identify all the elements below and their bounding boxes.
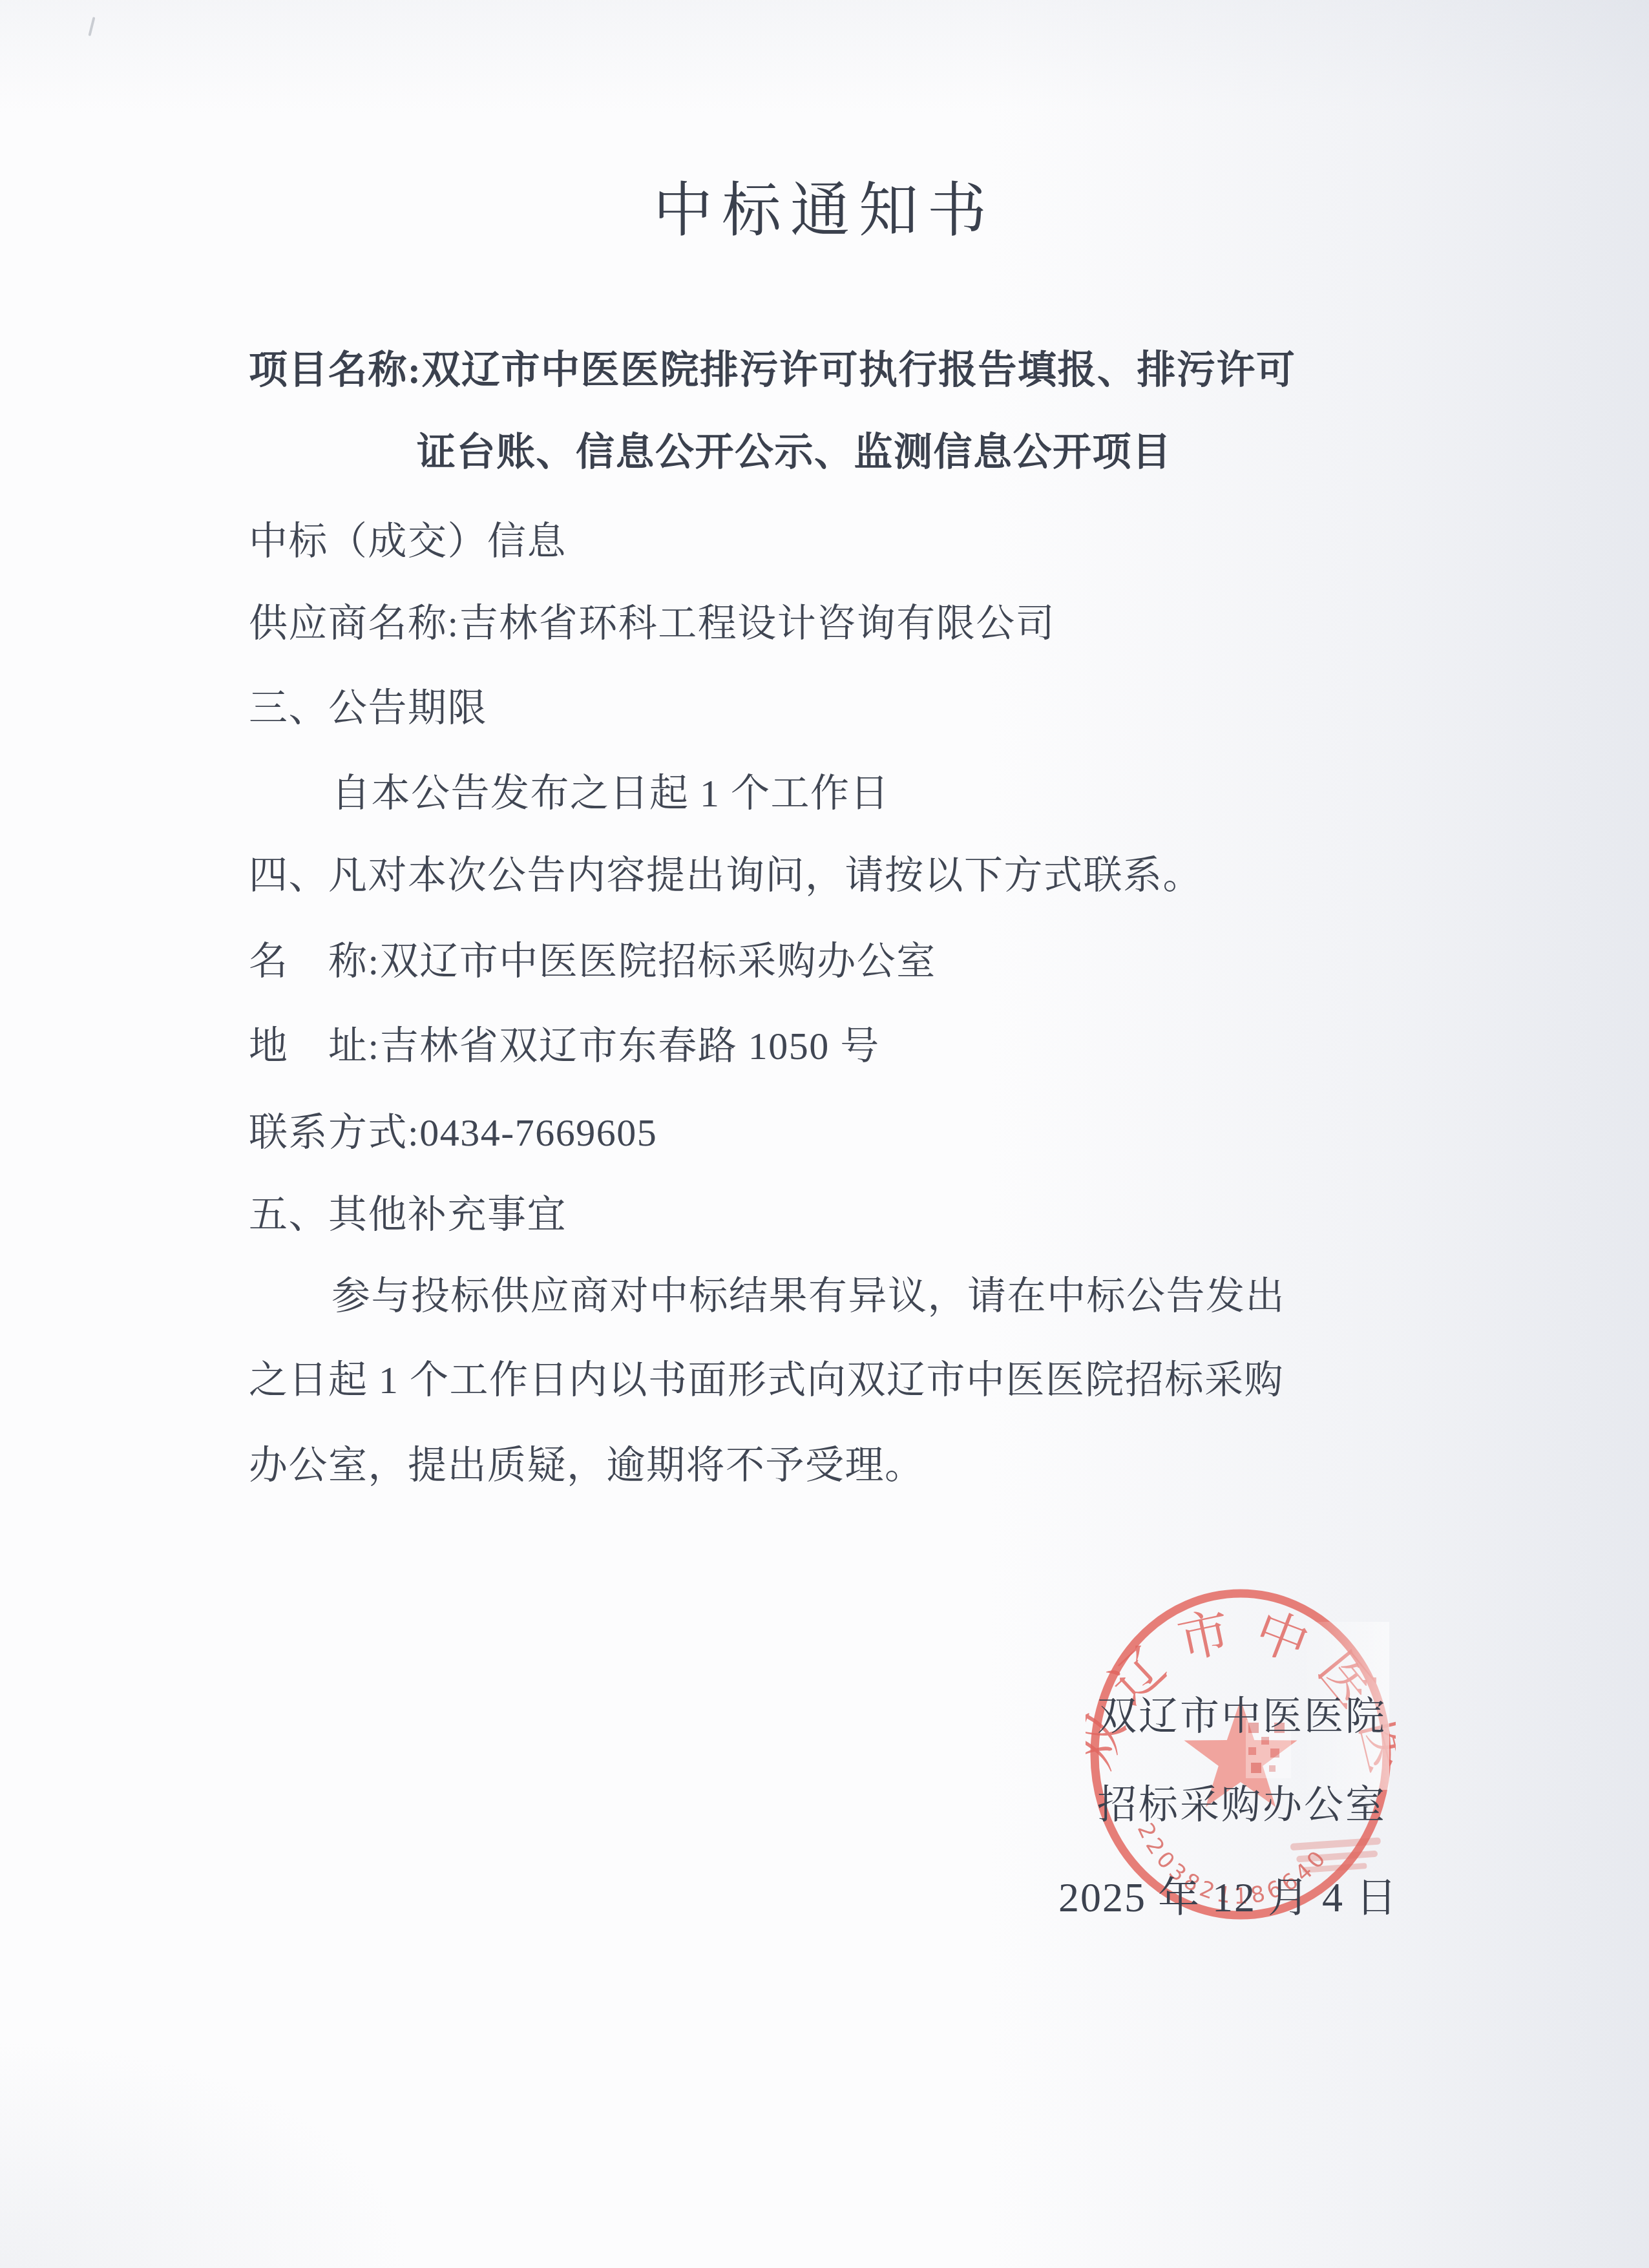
line-section-4-heading: 四、凡对本次公告内容提出询问，请按以下方式联系。 bbox=[249, 845, 1203, 900]
line-contact-phone: 联系方式:0434-7669605 bbox=[249, 1102, 657, 1157]
line-announcement-period: 自本公告发布之日起 1 个工作日 bbox=[331, 762, 890, 818]
line-award-info-heading: 中标（成交）信息 bbox=[249, 510, 567, 566]
signature-org-line2: 招标采购办公室 bbox=[1097, 1774, 1387, 1830]
line-supplier-name: 供应商名称:吉林省环科工程设计咨询有限公司 bbox=[249, 593, 1055, 648]
line-objection-2: 之日起 1 个工作日内以书面形式向双辽市中医医院招标采购 bbox=[249, 1349, 1284, 1405]
line-objection-3: 办公室，提出质疑，逾期将不予受理。 bbox=[249, 1434, 925, 1490]
signature-org-line1: 双辽市中医医院 bbox=[1097, 1685, 1387, 1741]
signature-date: 2025 年 12 月 4 日 bbox=[1058, 1864, 1398, 1924]
scanned-document-page: 中标通知书 项目名称:双辽市中医医院排污许可执行报告填报、排污许可 证台账、信息… bbox=[0, 0, 1649, 2268]
line-project-name-2: 证台账、信息公开公示、监测信息公开项目 bbox=[417, 421, 1172, 477]
line-section-3-heading: 三、公告期限 bbox=[249, 677, 487, 733]
line-project-name-1: 项目名称:双辽市中医医院排污许可执行报告填报、排污许可 bbox=[249, 339, 1296, 395]
line-objection-1: 参与投标供应商对中标结果有异议，请在中标公告发出 bbox=[331, 1265, 1285, 1321]
document-title: 中标通知书 bbox=[0, 163, 1649, 248]
line-section-5-heading: 五、其他补充事宜 bbox=[249, 1184, 567, 1239]
line-contact-name: 名 称:双辽市中医医院招标采购办公室 bbox=[249, 930, 936, 986]
scan-hairline-artifact bbox=[88, 17, 95, 36]
line-contact-address: 地 址:吉林省双辽市东春路 1050 号 bbox=[249, 1015, 880, 1071]
